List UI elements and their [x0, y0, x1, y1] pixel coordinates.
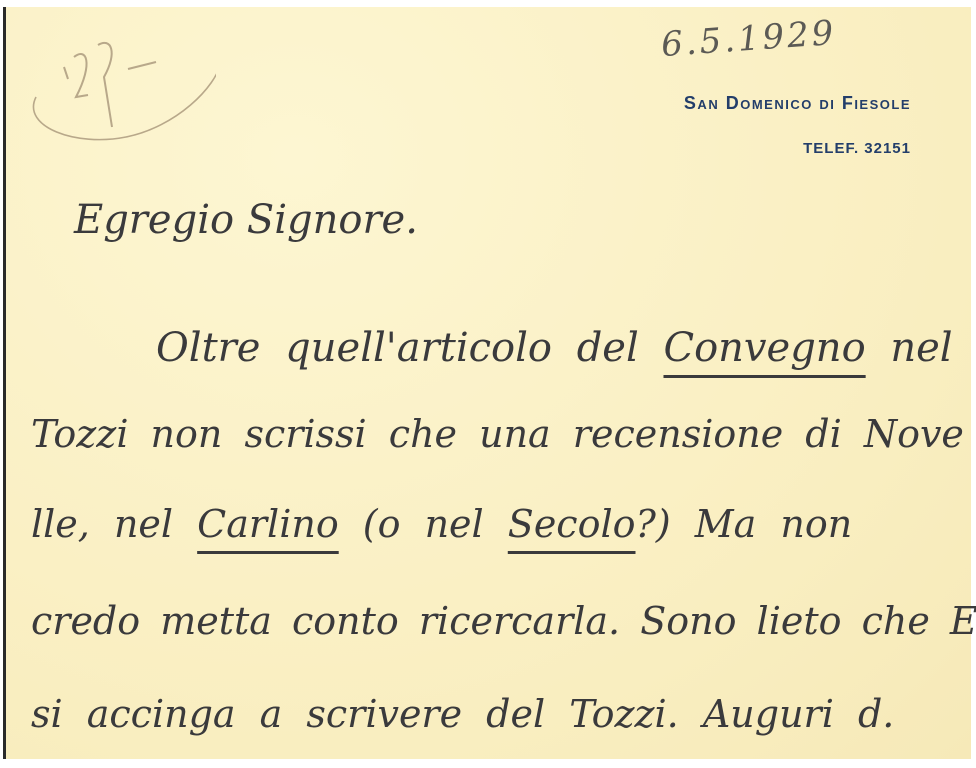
letter-date: 6.5.1929 [660, 13, 838, 65]
letterhead-place: San Domenico di Fiesole [571, 93, 911, 114]
letter-line-5: si accinga a scrivere del Tozzi. Auguri … [31, 692, 894, 736]
archive-circle-icon [16, 17, 216, 147]
line-text: nel [866, 325, 953, 371]
line-text: ?) Ma non [636, 502, 853, 546]
letter-line-4: credo metta conto ricercarla. Sono lieto… [31, 599, 976, 643]
letterhead-phone: TELEF. 32151 [706, 140, 911, 157]
letter-line-1: Oltre quell'articolo del Convegno nel [156, 325, 953, 371]
letter-paper: 27 VII 6.5.1929 San Domenico di Fiesole … [3, 7, 971, 759]
underlined-word-carlino: Carlino [197, 502, 339, 546]
salutation: Egregio Signore. [74, 197, 418, 243]
line-text: Oltre quell'articolo del [156, 325, 663, 371]
line-text: (o nel [339, 502, 508, 546]
archive-pencil-mark: 27 VII [16, 17, 216, 147]
line-text: lle, nel [31, 502, 197, 546]
underlined-word-convegno: Convegno [663, 325, 865, 371]
letter-line-3: lle, nel Carlino (o nel Secolo?) Ma non [31, 502, 852, 546]
letter-line-2: Tozzi non scrissi che una recensione di … [31, 412, 964, 456]
scanned-page: 27 VII 6.5.1929 San Domenico di Fiesole … [0, 0, 976, 768]
underlined-word-secolo: Secolo [508, 502, 636, 546]
